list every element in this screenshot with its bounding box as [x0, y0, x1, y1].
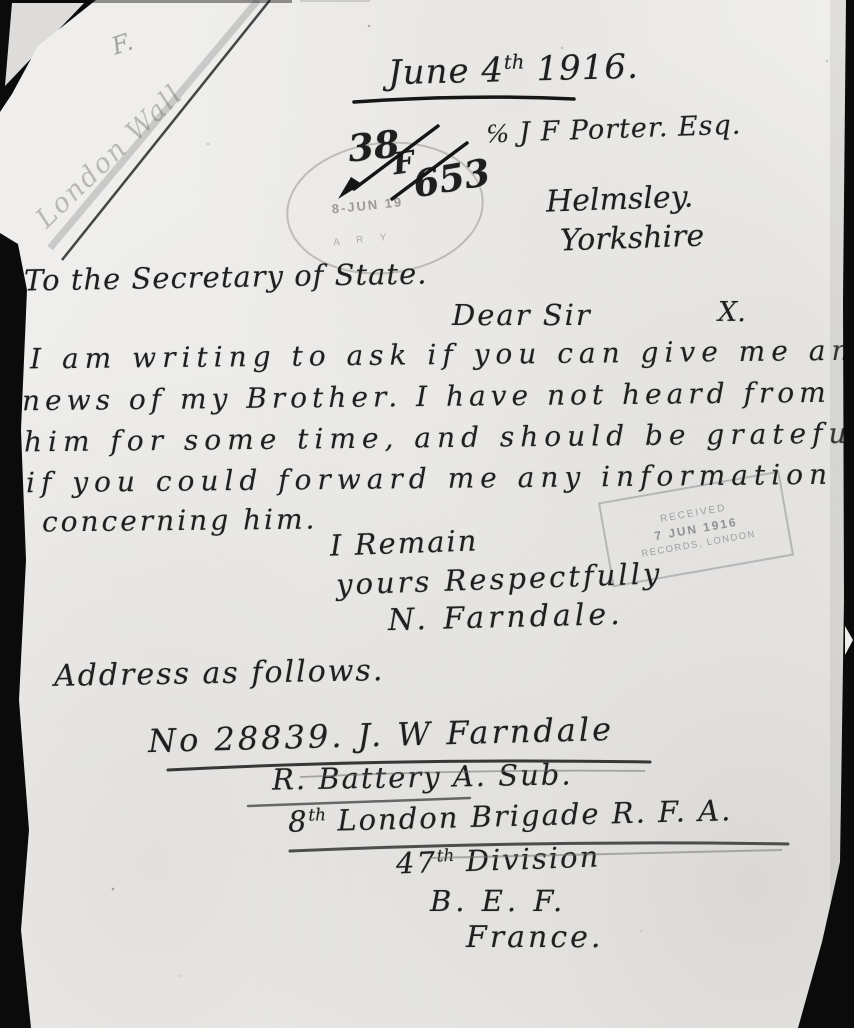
body-line: I am writing to ask if you can give me a…: [30, 334, 854, 376]
scan-border-right: [798, 0, 854, 1028]
address-line-division: 47th Division: [395, 839, 600, 880]
brigade-ordinal: th: [308, 804, 326, 824]
care-of-line: ℅ J F Porter. Esq.: [486, 110, 742, 150]
address-line-battery: R. Battery A. Sub.: [272, 757, 573, 796]
body-line: news of my Brother. I have not heard fro…: [22, 376, 831, 417]
annotation-mark: X.: [718, 297, 746, 328]
recipient-line: To the Secretary of State.: [24, 256, 428, 297]
date-ordinal: th: [503, 50, 524, 74]
address-line-brigade: 8th London Brigade R. F. A.: [288, 793, 733, 839]
folded-corner: [5, 3, 84, 86]
salutation: Dear Sir: [452, 298, 592, 332]
date-year: 1916.: [524, 47, 639, 90]
town-line: Helmsley.: [545, 179, 693, 219]
closing-line-1: I Remain: [329, 523, 479, 562]
division-ordinal: th: [436, 845, 454, 866]
pencil-note: London Wall: [30, 79, 190, 235]
pencil-initial: F.: [108, 28, 136, 61]
brigade-number: 8: [288, 804, 309, 839]
division-number: 47: [395, 845, 437, 880]
scan-border-top-smudge: [92, 0, 292, 3]
page-edge-shadow: [830, 0, 846, 1028]
scan-border-top-left-corner: [0, 0, 96, 112]
address-line-number-name: No 28839. J. W Farndale: [148, 710, 615, 760]
scan-border-left: [0, 233, 31, 1028]
body-line: concerning him.: [42, 503, 318, 539]
right-edge-notch: [845, 626, 853, 655]
division-rest: Division: [454, 839, 601, 878]
signature: N. Farndale.: [388, 597, 625, 638]
oval-stamp-date: 8-JUN 19: [331, 194, 404, 216]
address-line-country: France.: [466, 920, 603, 955]
crease-line: [62, 0, 270, 260]
scan-noise-specks: [0, 0, 2, 2]
letter-scan-page: London Wall F. 8-JUN 19 A R Y 38 F 653 J…: [0, 0, 854, 1028]
date-underline: [354, 97, 574, 102]
address-heading: Address as follows.: [54, 653, 385, 694]
address-line-bef: B. E. F.: [430, 884, 566, 918]
oval-stamp-letters: A R Y: [333, 231, 394, 248]
body-line: him for some time, and should be gratefu…: [24, 417, 854, 459]
date-prefix: June 4: [388, 50, 505, 93]
county-line: Yorkshire: [559, 218, 704, 258]
scan-border-top-smudge-2: [300, 0, 370, 2]
closing-line-2: yours Respectfully: [336, 556, 663, 601]
brigade-rest: London Brigade R. F. A.: [326, 793, 733, 838]
date-line: June 4th 1916.: [388, 47, 640, 94]
